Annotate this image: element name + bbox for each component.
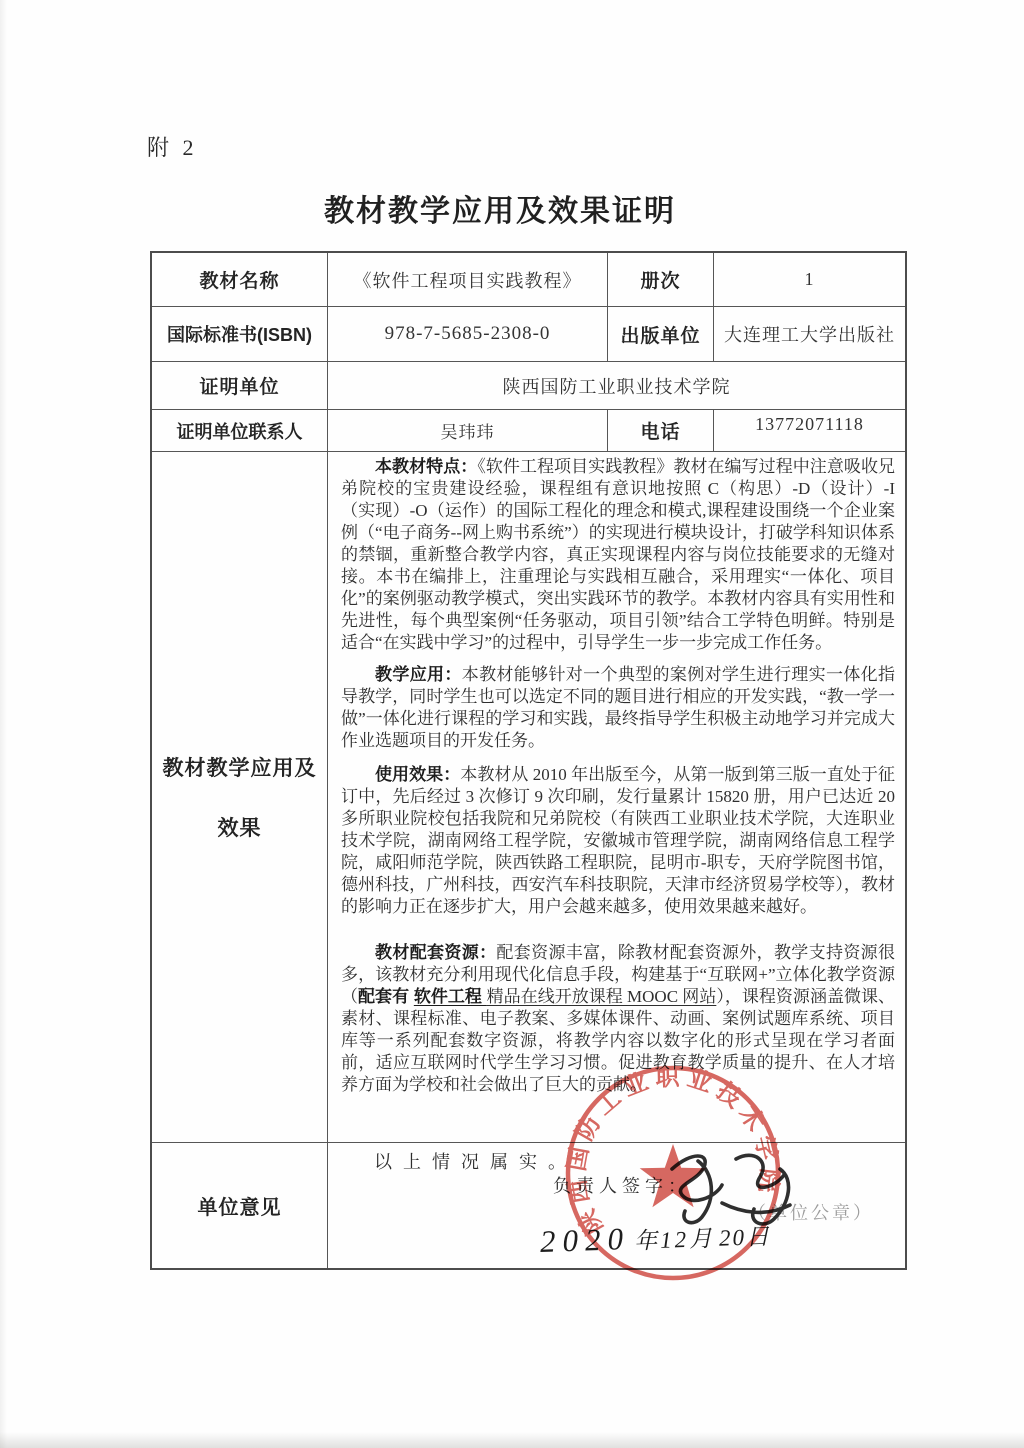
isbn-label: 国际标准书(ISBN) bbox=[152, 307, 328, 361]
resources-underline: 精品在线开放课程 MOOC 网站 bbox=[487, 987, 717, 1006]
attachment-number: 附 2 bbox=[147, 131, 198, 162]
opinion-statement: 以上情况属实。 bbox=[374, 1148, 577, 1174]
application-effect-label-line1: 教材教学应用及 bbox=[163, 752, 317, 782]
paragraph-features: 本教材特点：《软件工程项目实践教程》教材在编写过程中注意吸收兄弟院校的宝贵建设经… bbox=[341, 456, 895, 654]
stamp-star-icon bbox=[640, 1144, 707, 1207]
application-effect-label: 教材教学应用及 效果 bbox=[152, 452, 328, 1142]
textbook-name-value: 《软件工程项目实践教程》 bbox=[328, 253, 608, 306]
resources-bold: 配套有 bbox=[358, 987, 414, 1006]
certificate-table: 教材名称 《软件工程项目实践教程》 册次 1 国际标准书(ISBN) 978-7… bbox=[150, 251, 907, 1270]
isbn-value: 978-7-5685-2308-0 bbox=[328, 307, 608, 361]
contact-person-value: 吴玮玮 bbox=[328, 410, 608, 451]
resources-bold-underline: 软件工程 bbox=[414, 987, 487, 1006]
unit-opinion-label: 单位意见 bbox=[152, 1143, 328, 1268]
table-row-certifying-unit: 证明单位 陕西国防工业职业技术学院 bbox=[152, 362, 905, 410]
paragraph-usage: 使用效果：本教材从 2010 年出版至今，从第一版到第三版一直处于征订中，先后经… bbox=[341, 764, 895, 918]
volume-value: 1 bbox=[714, 253, 905, 306]
table-row-application-effect: 教材教学应用及 效果 本教材特点：《软件工程项目实践教程》教材在编写过程中注意吸… bbox=[152, 452, 905, 1143]
official-round-seal-icon: 陕西国防工业职业技术学院 bbox=[558, 1058, 788, 1288]
table-row-unit-opinion: 单位意见 以上情况属实。 负责人签字： （单位公章） 2020 年12月 20日 bbox=[152, 1143, 905, 1268]
table-row-isbn: 国际标准书(ISBN) 978-7-5685-2308-0 出版单位 大连理工大… bbox=[152, 307, 905, 362]
features-body: 《软件工程项目实践教程》教材在编写过程中注意吸收兄弟院校的宝贵建设经验，课程组有… bbox=[341, 457, 895, 652]
volume-label: 册次 bbox=[608, 253, 714, 306]
scan-shadow-bottom bbox=[0, 1432, 1024, 1448]
resources-heading: 教材配套资源： bbox=[375, 943, 496, 962]
table-row-contact: 证明单位联系人 吴玮玮 电话 13772071118 bbox=[152, 410, 905, 452]
table-row-textbook-name: 教材名称 《软件工程项目实践教程》 册次 1 bbox=[152, 253, 905, 307]
scanned-certificate-page: { "page": { "attachment_label": "附 2", "… bbox=[0, 0, 1024, 1448]
page-title: 教材教学应用及效果证明 bbox=[150, 186, 850, 230]
textbook-name-label: 教材名称 bbox=[152, 253, 328, 306]
certifying-unit-label: 证明单位 bbox=[152, 362, 328, 409]
teaching-heading: 教学应用： bbox=[375, 665, 462, 684]
application-effect-label-line2: 效果 bbox=[218, 812, 262, 842]
contact-person-label: 证明单位联系人 bbox=[152, 410, 328, 451]
usage-body: 本教材从 2010 年出版至今，从第一版到第三版一直处于征订中，先后经过 3 次… bbox=[341, 765, 895, 916]
phone-value: 13772071118 bbox=[714, 410, 905, 451]
usage-heading: 使用效果： bbox=[375, 765, 460, 784]
features-heading: 本教材特点： bbox=[375, 457, 477, 476]
publisher-value: 大连理工大学出版社 bbox=[714, 307, 905, 361]
scan-shadow-left bbox=[0, 0, 7, 1448]
paragraph-teaching: 教学应用：本教材能够针对一个典型的案例对学生进行理实一体化指导教学，同时学生也可… bbox=[341, 664, 895, 752]
publisher-label: 出版单位 bbox=[608, 307, 714, 361]
phone-label: 电话 bbox=[608, 410, 714, 451]
certifying-unit-value: 陕西国防工业职业技术学院 bbox=[328, 362, 905, 409]
application-effect-content: 本教材特点：《软件工程项目实践教程》教材在编写过程中注意吸收兄弟院校的宝贵建设经… bbox=[328, 452, 905, 1142]
